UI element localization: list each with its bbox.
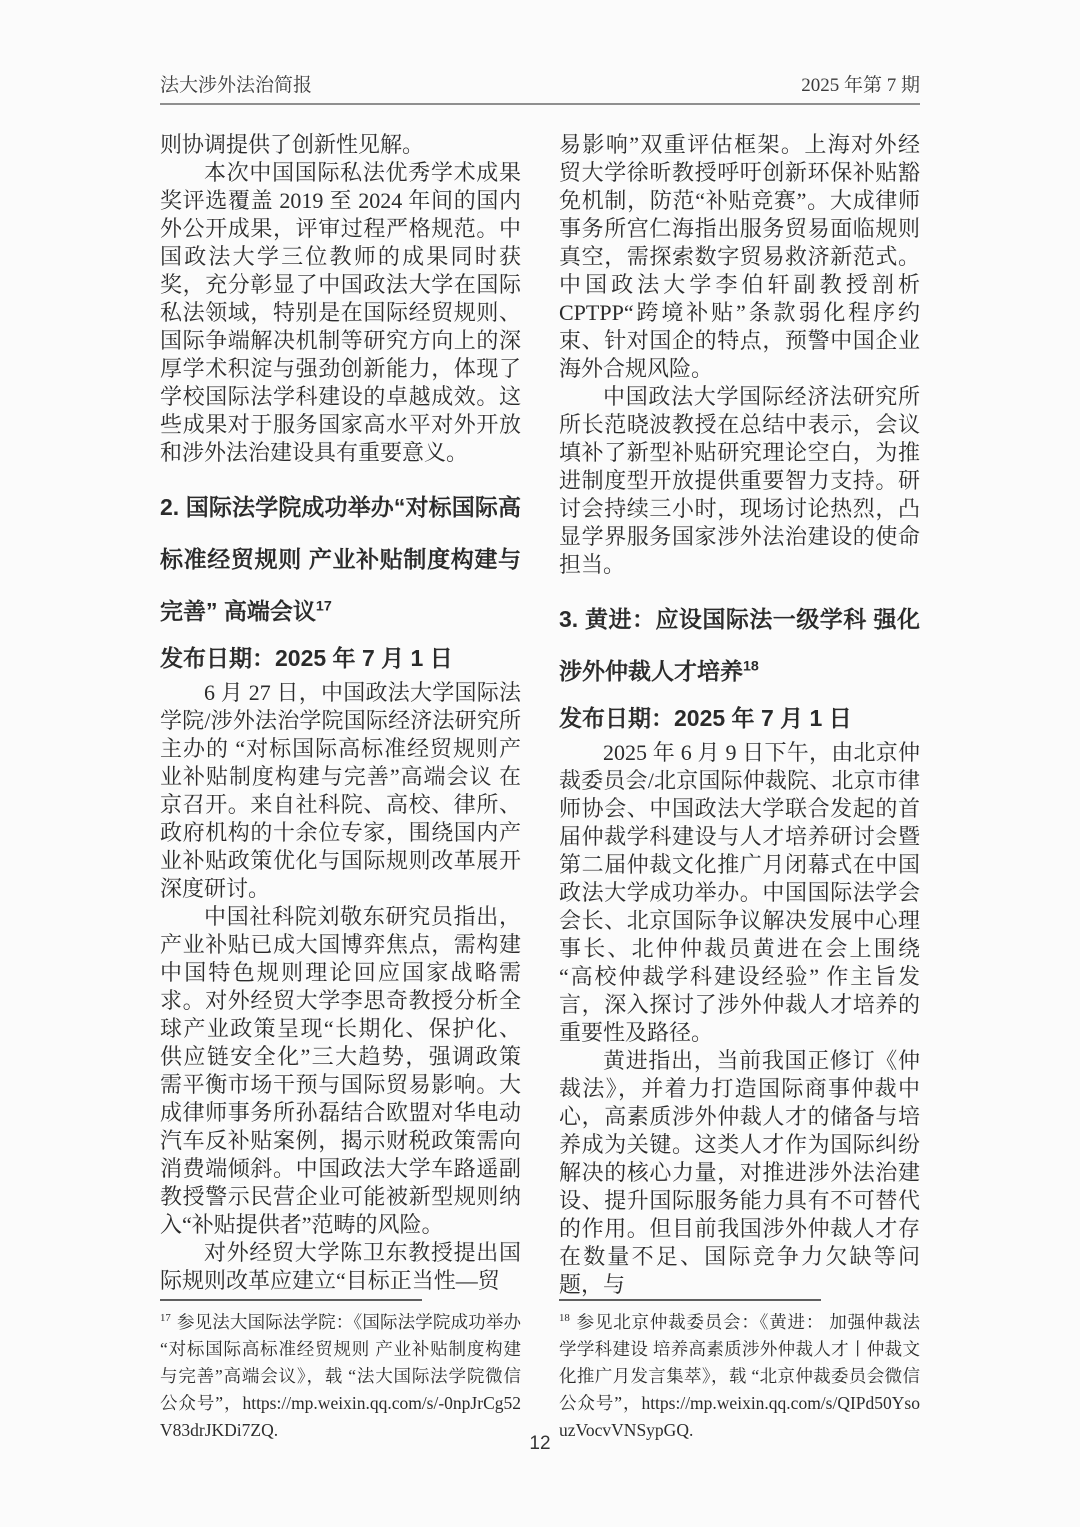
paragraph: 中国社科院刘敬东研究员指出，产业补贴已成大国博弈焦点，需构建中国特色规则理论回应… xyxy=(160,903,521,1239)
paragraph: 中国政法大学国际经济法研究所所长范晓波教授在总结中表示，会议填补了新型补贴研究理… xyxy=(559,383,920,579)
paragraph: 对外经贸大学陈卫东教授提出国际规则改革应建立“目标正当性—贸 xyxy=(160,1239,521,1295)
paragraph: 本次中国国际私法优秀学术成果奖评选覆盖 2019 至 2024 年间的国内外公开… xyxy=(160,159,521,467)
paragraph: 黄进指出，当前我国正修订《仲裁法》，并着力打造国际商事仲裁中心，高素质涉外仲裁人… xyxy=(559,1047,920,1299)
publish-date: 发布日期：2025 年 7 月 1 日 xyxy=(559,701,920,735)
footnote-17-text: 参见法大国际法学院：《国际法学院成功举办“对标国际高标准经贸规则 产业补贴制度构… xyxy=(160,1312,521,1440)
footnote-18-marker: 18 xyxy=(559,1312,570,1324)
right-column: 易影响”双重评估框架。上海对外经贸大学徐昕教授呼吁创新环保补贴豁免机制，防范“补… xyxy=(559,131,920,1444)
paragraph: 易影响”双重评估框架。上海对外经贸大学徐昕教授呼吁创新环保补贴豁免机制，防范“补… xyxy=(559,131,920,383)
issue-number: 2025 年第 7 期 xyxy=(801,70,920,97)
footnote-18-text: 参见北京仲裁委员会：《黄进： 加强仲裁法学学科建设 培养高素质涉外仲裁人才丨仲裁… xyxy=(559,1312,920,1440)
section-heading-3: 3. 黄进：应设国际法一级学科 强化涉外仲裁人才培养18 xyxy=(559,593,920,697)
left-column: 则协调提供了创新性见解。 本次中国国际私法优秀学术成果奖评选覆盖 2019 至 … xyxy=(160,131,521,1444)
footnote-separator xyxy=(160,1299,422,1301)
footnote-18: 18参见北京仲裁委员会：《黄进： 加强仲裁法学学科建设 培养高素质涉外仲裁人才丨… xyxy=(559,1299,920,1444)
footnote-17: 17参见法大国际法学院：《国际法学院成功举办“对标国际高标准经贸规则 产业补贴制… xyxy=(160,1299,521,1444)
footnote-ref-17: 17 xyxy=(316,598,332,614)
section-heading-2: 2. 国际法学院成功举办“对标国际高标准经贸规则 产业补贴制度构建与完善” 高端… xyxy=(160,481,521,637)
page-number: 12 xyxy=(0,1433,1080,1455)
two-column-body: 则协调提供了创新性见解。 本次中国国际私法优秀学术成果奖评选覆盖 2019 至 … xyxy=(160,131,920,1444)
paragraph: 2025 年 6 月 9 日下午，由北京仲裁委员会/北京国际仲裁院、北京市律师协… xyxy=(559,739,920,1047)
document-page: 法大涉外法治简报 2025 年第 7 期 则协调提供了创新性见解。 本次中国国际… xyxy=(160,0,920,1444)
footnote-ref-18: 18 xyxy=(743,658,759,674)
paragraph: 6 月 27 日，中国政法大学国际法学院/涉外法治学院国际经济法研究所主办的 “… xyxy=(160,679,521,903)
page-header: 法大涉外法治简报 2025 年第 7 期 xyxy=(160,70,920,105)
footnote-17-marker: 17 xyxy=(160,1312,171,1324)
bulletin-title: 法大涉外法治简报 xyxy=(160,70,312,97)
paragraph: 则协调提供了创新性见解。 xyxy=(160,131,521,159)
section-heading-3-text: 3. 黄进：应设国际法一级学科 强化涉外仲裁人才培养 xyxy=(559,606,920,684)
footnote-separator xyxy=(559,1299,821,1301)
section-heading-2-text: 2. 国际法学院成功举办“对标国际高标准经贸规则 产业补贴制度构建与完善” 高端… xyxy=(160,494,521,624)
publish-date: 发布日期：2025 年 7 月 1 日 xyxy=(160,641,521,675)
